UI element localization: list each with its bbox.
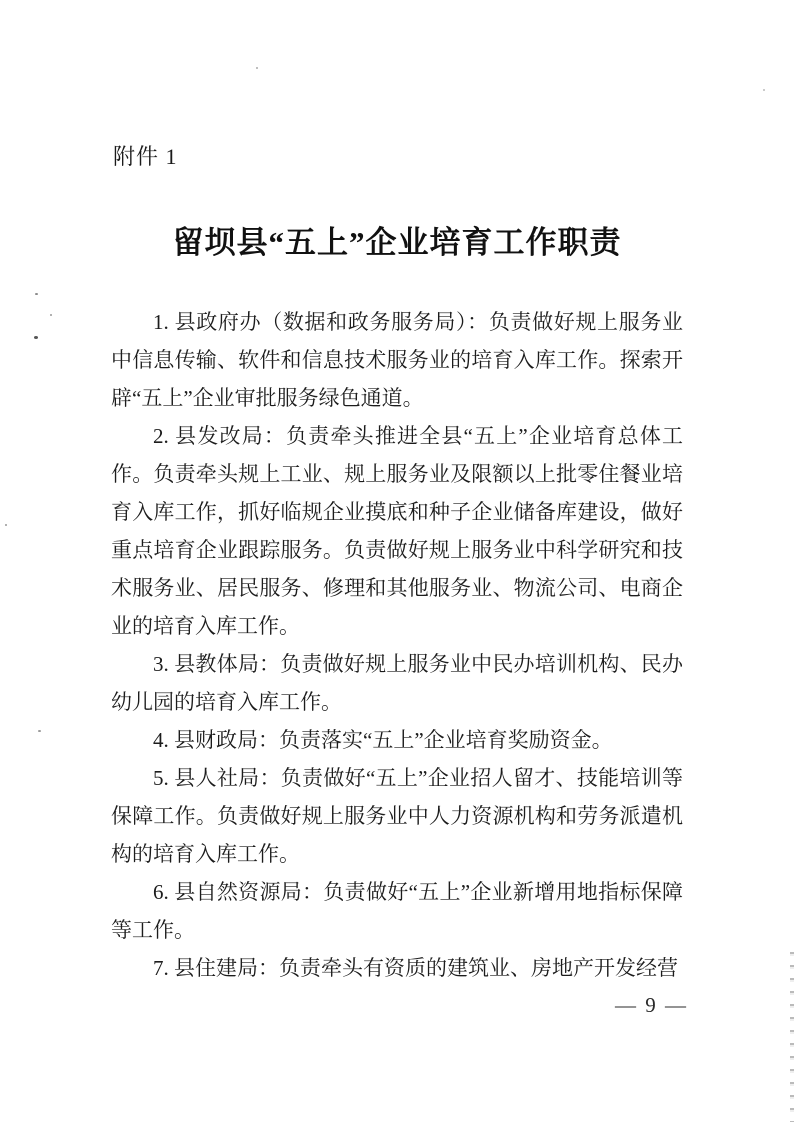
document-page: 附件 1 留坝县“五上”企业培育工作职责 1. 县政府办（数据和政务服务局）：负… <box>0 0 794 1122</box>
scan-speck <box>763 89 765 91</box>
document-body: 1. 县政府办（数据和政务服务局）：负责做好规上服务业中信息传输、软件和信息技术… <box>111 303 683 987</box>
scan-speck <box>38 730 41 732</box>
paragraph-1: 1. 县政府办（数据和政务服务局）：负责做好规上服务业中信息传输、软件和信息技术… <box>111 303 683 417</box>
scan-speck <box>35 293 38 295</box>
attachment-label: 附件 1 <box>113 144 178 170</box>
paragraph-4: 4. 县财政局：负责落实“五上”企业培育奖励资金。 <box>111 721 683 759</box>
paragraph-6: 6. 县自然资源局：负责做好“五上”企业新增用地指标保障等工作。 <box>111 873 683 949</box>
paragraph-2: 2. 县发改局：负责牵头推进全县“五上”企业培育总体工作。负责牵头规上工业、规上… <box>111 417 683 645</box>
scan-speck <box>5 524 7 526</box>
paragraph-7: 7. 县住建局：负责牵头有资质的建筑业、房地产开发经营 <box>111 949 683 987</box>
scan-edge-artifact <box>790 952 794 1122</box>
paragraph-5: 5. 县人社局：负责做好“五上”企业招人留才、技能培训等保障工作。负责做好规上服… <box>111 759 683 873</box>
page-title: 留坝县“五上”企业培育工作职责 <box>0 217 794 262</box>
scan-speck <box>50 314 52 316</box>
scan-speck <box>256 67 258 69</box>
paragraph-3: 3. 县教体局：负责做好规上服务业中民办培训机构、民办幼儿园的培育入库工作。 <box>111 645 683 721</box>
scan-speck <box>34 336 38 339</box>
page-number: — 9 — <box>615 993 688 1018</box>
